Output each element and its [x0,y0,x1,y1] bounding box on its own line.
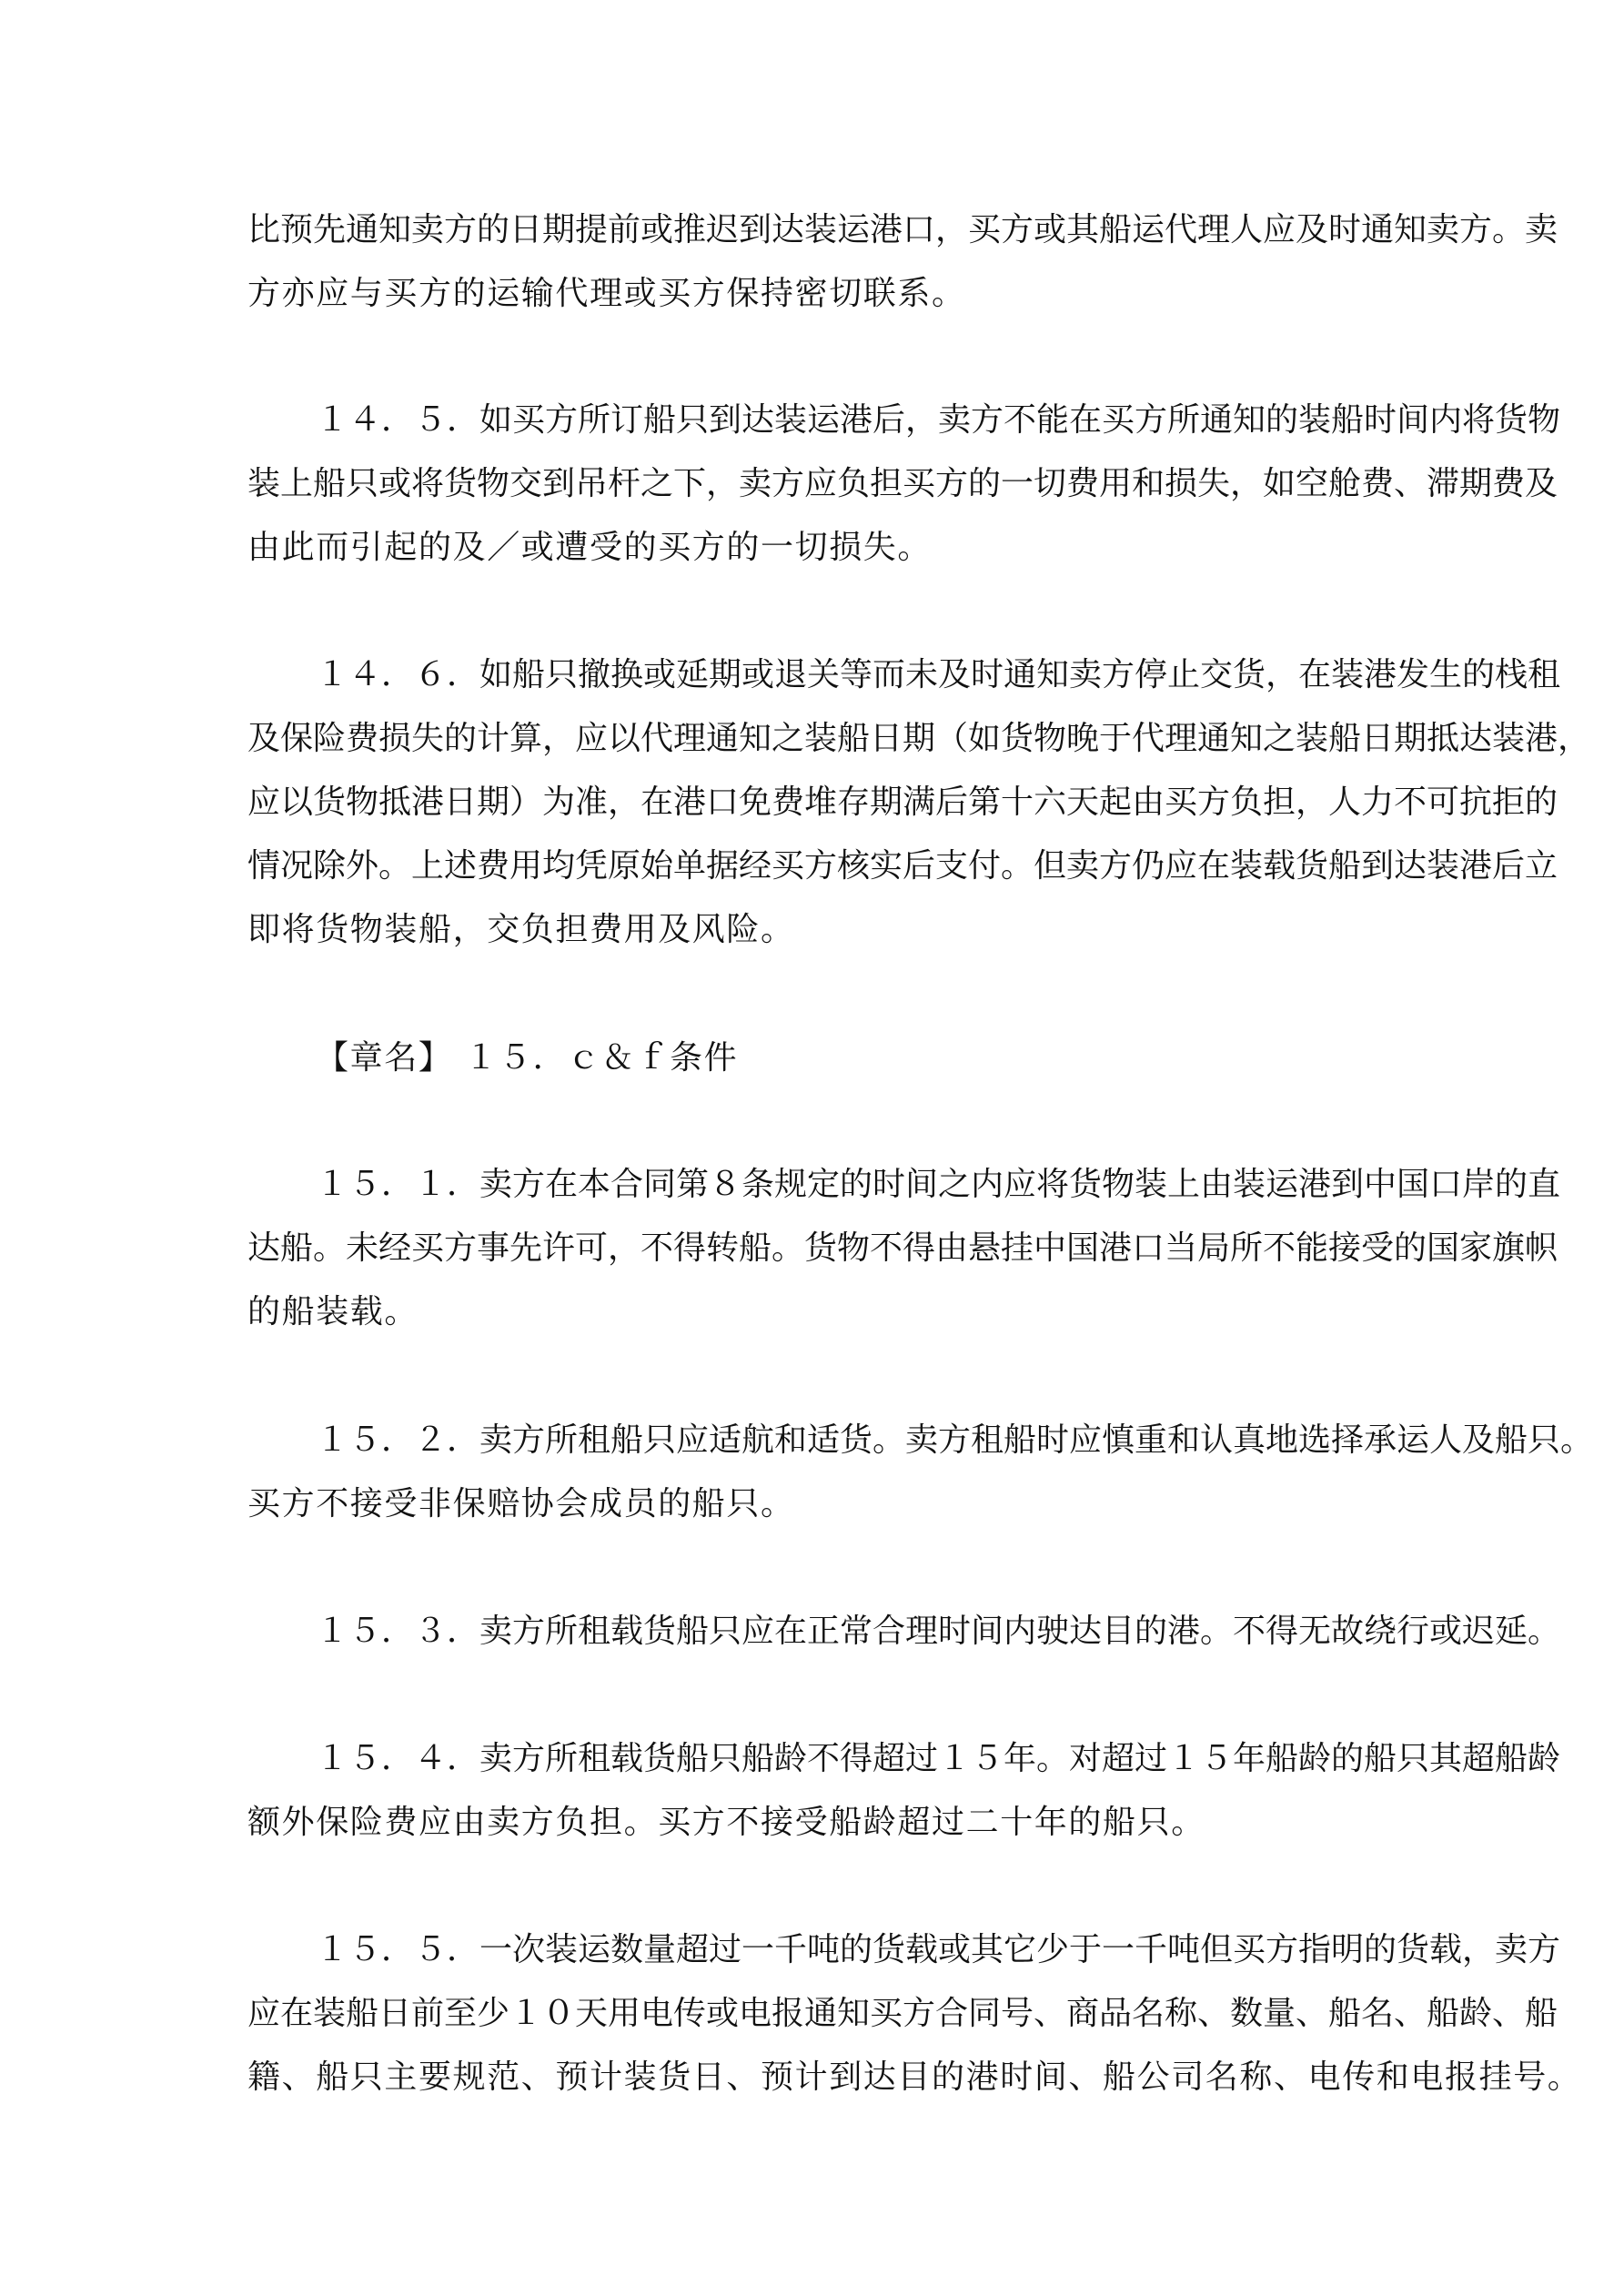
clause-first-line: １５．４．卖方所租载货船只船龄不得超过１５年。对超过１５年船龄的船只其超船龄 [316,1727,1376,1791]
clause-first-line: １５．２．卖方所租船只应适航和适货。卖方租船时应慎重和认真地选择承运人及船只。 [316,1409,1376,1472]
text-line: 的船装载。 [247,1280,1376,1344]
clause-first-line: １４．６．如船只撤换或延期或退关等而未及时通知卖方停止交货，在装港发生的栈租 [316,643,1376,707]
text-line: 额外保险费应由卖方负担。买方不接受船龄超过二十年的船只。 [247,1791,1376,1855]
text-line: 应以货物抵港日期）为准，在港口免费堆存期满后第十六天起由买方负担，人力不可抗拒的 [247,771,1376,834]
document-page: 比预先通知卖方的日期提前或推迟到达装运港口，买方或其船运代理人应及时通知卖方。卖… [0,0,1624,2296]
chapter-title: 【章名】 １５．ｃ＆ｆ条件 [316,1027,738,1090]
text-line: 籍、船只主要规范、预计装货日、预计到达目的港时间、船公司名称、电传和电报挂号。 [247,2046,1376,2109]
text-line: 情况除外。上述费用均凭原始单据经买方核实后支付。但卖方仍应在装载货船到达装港后立 [247,834,1376,898]
text-line: 方亦应与买方的运输代理或买方保持密切联系。 [247,262,1376,326]
text-line: 及保险费损失的计算，应以代理通知之装船日期（如货物晚于代理通知之装船日期抵达装港… [247,707,1376,771]
clause-first-line: １５．３．卖方所租载货船只应在正常合理时间内驶达目的港。不得无故绕行或迟延。 [316,1600,1376,1664]
clause-first-line: １５．５．一次装运数量超过一千吨的货载或其它少于一千吨但买方指明的货载，卖方 [316,1918,1376,1982]
text-line: 应在装船日前至少１０天用电传或电报通知买方合同号、商品名称、数量、船名、船龄、船 [247,1982,1376,2046]
clause-first-line: １４．５．如买方所订船只到达装运港后，卖方不能在买方所通知的装船时间内将货物 [316,389,1376,452]
text-line: 买方不接受非保赔协会成员的船只。 [247,1472,1376,1536]
text-line: 由此而引起的及／或遭受的买方的一切损失。 [247,516,1376,580]
clause-first-line: １５．１．卖方在本合同第８条规定的时间之内应将货物装上由装运港到中国口岸的直 [316,1153,1376,1217]
text-line: 比预先通知卖方的日期提前或推迟到达装运港口，买方或其船运代理人应及时通知卖方。卖 [247,198,1376,262]
text-line: 达船。未经买方事先许可，不得转船。货物不得由悬挂中国港口当局所不能接受的国家旗帜 [247,1217,1376,1280]
text-line: 装上船只或将货物交到吊杆之下，卖方应负担买方的一切费用和损失，如空舱费、滞期费及 [247,452,1376,516]
text-line: 即将货物装船，交负担费用及风险。 [247,898,1376,962]
